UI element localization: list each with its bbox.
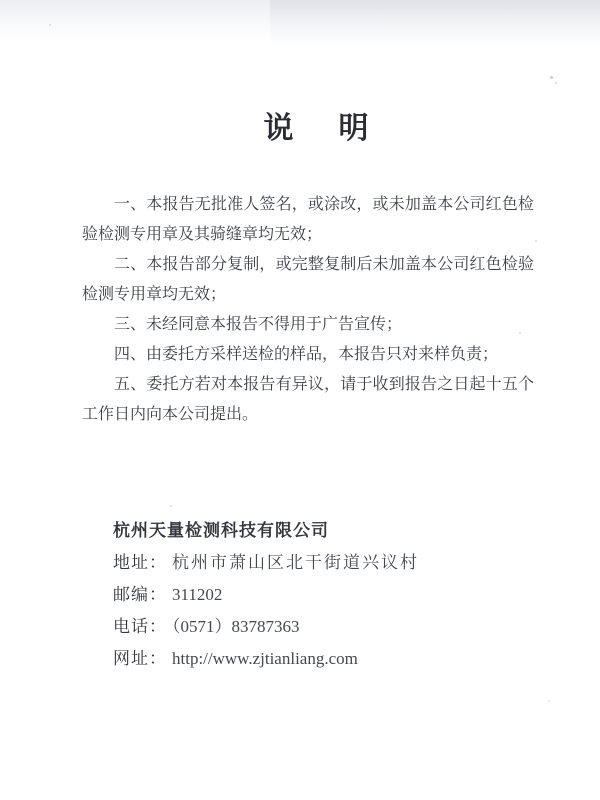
contact-row-address: 地址：杭州市萧山区北干街道兴议村 [113, 547, 419, 579]
page-title: 说明 [16, 110, 600, 148]
contact-label: 电话： [113, 617, 167, 636]
contact-value: http://www.zjtianliang.com [172, 649, 358, 668]
contact-row-phone: 电话：（0571）83787363 [113, 611, 419, 643]
contact-row-postcode: 邮编：311202 [113, 579, 419, 611]
contact-label: 地址： [113, 553, 167, 572]
note-item: 一、本报告无批准人签名，或涂改，或未加盖本公司红色检验检测专用章及其骑缝章均无效… [82, 190, 534, 250]
scan-shading-band-right [270, 0, 600, 46]
note-item: 四、由委托方采样送检的样品，本报告只对来样负责； [82, 340, 534, 370]
note-item: 五、委托方若对本报告有异议，请于收到报告之日起十五个工作日内向本公司提出。 [82, 370, 534, 430]
note-item: 二、本报告部分复制，或完整复制后未加盖本公司红色检验检测专用章均无效； [82, 250, 534, 310]
contact-value: 311202 [172, 585, 222, 604]
contact-value: （0571）83787363 [172, 617, 300, 636]
contact-label: 邮编： [113, 585, 167, 604]
company-info-section: 杭州天量检测科技有限公司 地址：杭州市萧山区北干街道兴议村 邮编：311202 … [113, 514, 419, 675]
notes-section: 一、本报告无批准人签名，或涂改，或未加盖本公司红色检验检测专用章及其骑缝章均无效… [82, 190, 534, 430]
contact-value: 杭州市萧山区北干街道兴议村 [172, 553, 419, 572]
note-item: 三、未经同意本报告不得用于广告宣传； [82, 310, 534, 340]
contact-row-website: 网址：http://www.zjtianliang.com [113, 643, 419, 675]
scan-shading-band [0, 0, 600, 42]
company-name: 杭州天量检测科技有限公司 [113, 514, 419, 547]
contact-label: 网址： [113, 649, 167, 668]
document-page: 说明 一、本报告无批准人签名，或涂改，或未加盖本公司红色检验检测专用章及其骑缝章… [0, 0, 600, 800]
